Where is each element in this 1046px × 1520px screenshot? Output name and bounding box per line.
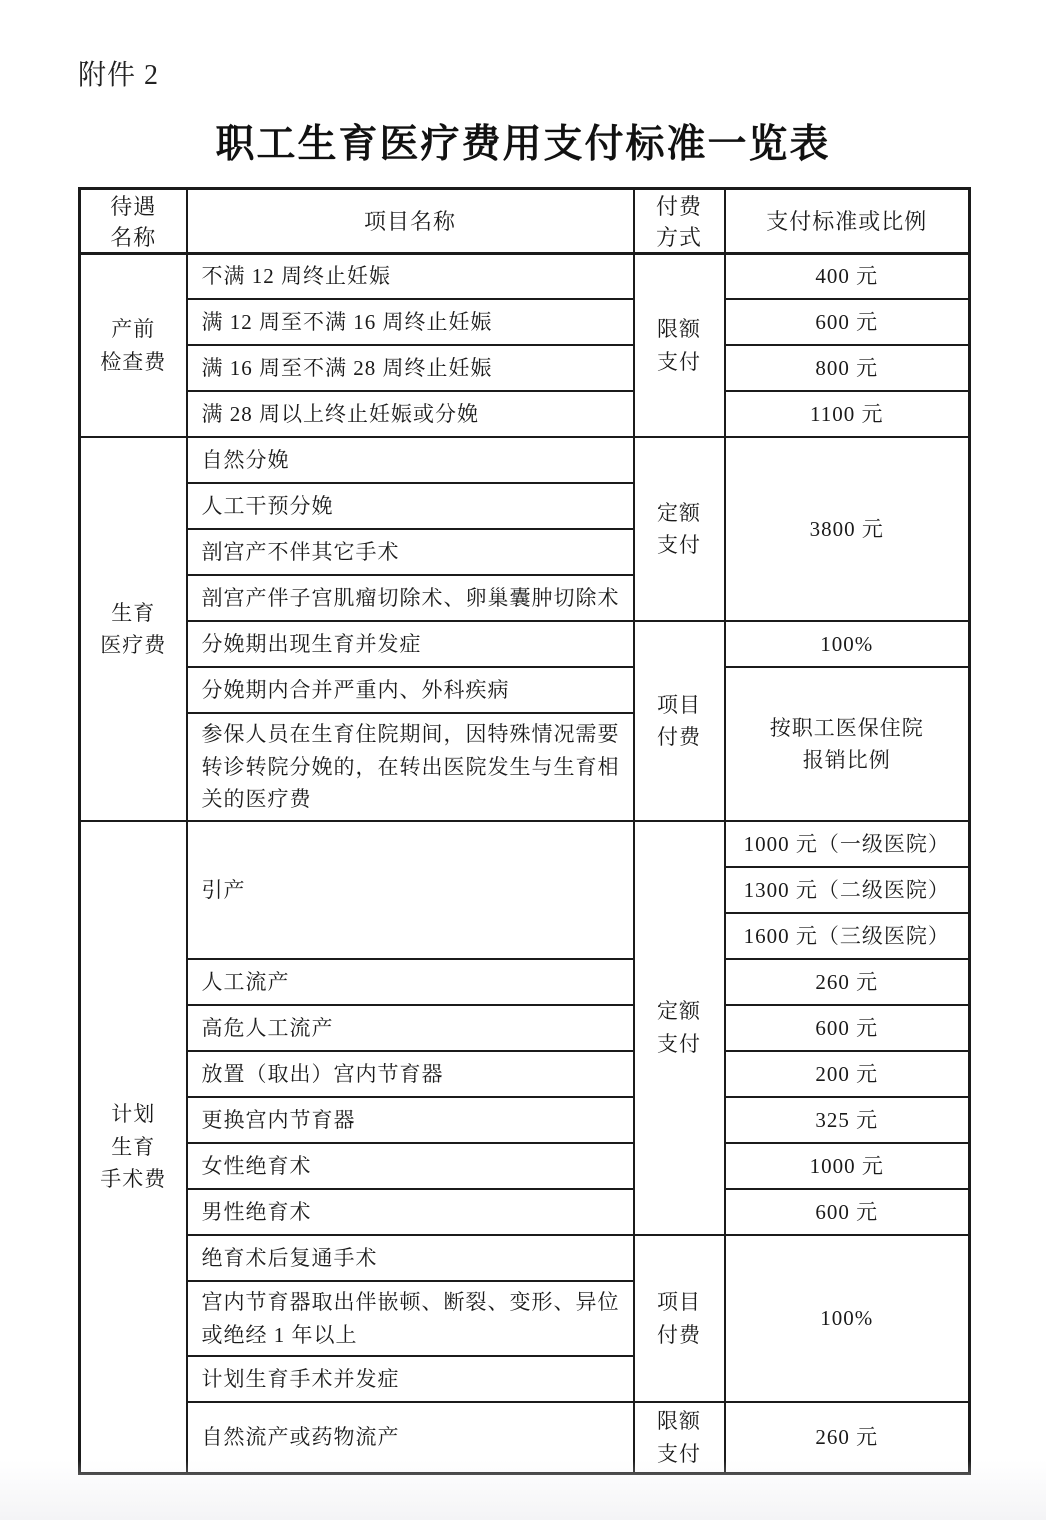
item-cell: 自然分娩: [187, 437, 634, 483]
item-cell: 计划生育手术并发症: [187, 1356, 634, 1402]
item-cell: 更换宫内节育器: [187, 1097, 634, 1143]
value-cell: 600 元: [725, 1005, 970, 1051]
value-cell: 3800 元: [725, 437, 970, 621]
table-row: 满 12 周至不满 16 周终止妊娠 600 元: [80, 299, 970, 345]
item-cell: 参保人员在生育住院期间，因特殊情况需要转诊转院分娩的，在转出医院发生与生育相关的…: [187, 713, 634, 821]
group-name-family-planning: 计划 生育 手术费: [80, 821, 187, 1474]
value-cell: 600 元: [725, 1189, 970, 1235]
value-cell: 1100 元: [725, 391, 970, 437]
value-cell: 600 元: [725, 299, 970, 345]
col-header-benefit: 待遇 名称: [80, 188, 187, 253]
item-cell: 剖宫产伴子宫肌瘤切除术、卵巢囊肿切除术: [187, 575, 634, 621]
item-cell: 满 28 周以上终止妊娠或分娩: [187, 391, 634, 437]
document-page: 附件 2 职工生育医疗费用支付标准一览表 待遇 名称 项目名称 付费 方式 支付…: [0, 0, 1046, 1520]
table-row: 男性绝育术 600 元: [80, 1189, 970, 1235]
table-row: 分娩期出现生育并发症 项目 付费 100%: [80, 621, 970, 667]
table-row: 满 28 周以上终止妊娠或分娩 1100 元: [80, 391, 970, 437]
item-cell: 绝育术后复通手术: [187, 1235, 634, 1281]
group-name-prenatal: 产前 检查费: [80, 253, 187, 437]
benefits-table: 待遇 名称 项目名称 付费 方式 支付标准或比例 产前 检查费 不满 12 周终…: [78, 187, 971, 1475]
table-row: 分娩期内合并严重内、外科疾病 按职工医保住院 报销比例: [80, 667, 970, 713]
table-row: 放置（取出）宫内节育器 200 元: [80, 1051, 970, 1097]
method-cell: 项目 付费: [634, 1235, 725, 1402]
item-cell: 人工流产: [187, 959, 634, 1005]
method-cell: 定额 支付: [634, 437, 725, 621]
item-cell: 分娩期出现生育并发症: [187, 621, 634, 667]
item-cell: 男性绝育术: [187, 1189, 634, 1235]
table-row: 计划 生育 手术费 引产 定额 支付 1000 元（一级医院）: [80, 821, 970, 867]
table-row: 更换宫内节育器 325 元: [80, 1097, 970, 1143]
item-cell: 分娩期内合并严重内、外科疾病: [187, 667, 634, 713]
value-cell: 1600 元（三级医院）: [725, 913, 970, 959]
col-header-item: 项目名称: [187, 188, 634, 253]
value-cell: 按职工医保住院 报销比例: [725, 667, 970, 821]
attachment-label: 附件 2: [78, 62, 968, 90]
col-header-standard: 支付标准或比例: [725, 188, 970, 253]
value-cell: 100%: [725, 1235, 970, 1402]
method-cell: 项目 付费: [634, 621, 725, 821]
page-title: 职工生育医疗费用支付标准一览表: [78, 123, 968, 168]
item-cell: 人工干预分娩: [187, 483, 634, 529]
table-row: 产前 检查费 不满 12 周终止妊娠 限额 支付 400 元: [80, 253, 970, 299]
group-name-maternity: 生育 医疗费: [80, 437, 187, 821]
method-cell: 限额 支付: [634, 1402, 725, 1474]
value-cell: 1000 元: [725, 1143, 970, 1189]
table-row: 满 16 周至不满 28 周终止妊娠 800 元: [80, 345, 970, 391]
value-cell: 100%: [725, 621, 970, 667]
item-cell: 剖宫产不伴其它手术: [187, 529, 634, 575]
value-cell: 200 元: [725, 1051, 970, 1097]
method-cell: 定额 支付: [634, 821, 725, 1235]
table-row: 高危人工流产 600 元: [80, 1005, 970, 1051]
value-cell: 325 元: [725, 1097, 970, 1143]
table-row: 生育 医疗费 自然分娩 定额 支付 3800 元: [80, 437, 970, 483]
item-cell: 高危人工流产: [187, 1005, 634, 1051]
item-cell: 满 16 周至不满 28 周终止妊娠: [187, 345, 634, 391]
value-cell: 800 元: [725, 345, 970, 391]
table-header-row: 待遇 名称 项目名称 付费 方式 支付标准或比例: [80, 188, 970, 253]
value-cell: 260 元: [725, 959, 970, 1005]
table-row: 人工流产 260 元: [80, 959, 970, 1005]
item-cell: 放置（取出）宫内节育器: [187, 1051, 634, 1097]
table-row: 绝育术后复通手术 项目 付费 100%: [80, 1235, 970, 1281]
table-row: 自然流产或药物流产 限额 支付 260 元: [80, 1402, 970, 1474]
item-cell: 满 12 周至不满 16 周终止妊娠: [187, 299, 634, 345]
item-cell: 不满 12 周终止妊娠: [187, 253, 634, 299]
item-cell: 引产: [187, 821, 634, 959]
value-cell: 1300 元（二级医院）: [725, 867, 970, 913]
method-cell: 限额 支付: [634, 253, 725, 437]
item-cell: 宫内节育器取出伴嵌顿、断裂、变形、异位或绝经 1 年以上: [187, 1281, 634, 1356]
item-cell: 女性绝育术: [187, 1143, 634, 1189]
value-cell: 400 元: [725, 253, 970, 299]
value-cell: 260 元: [725, 1402, 970, 1474]
table-row: 女性绝育术 1000 元: [80, 1143, 970, 1189]
value-cell: 1000 元（一级医院）: [725, 821, 970, 867]
col-header-method: 付费 方式: [634, 188, 725, 253]
item-cell: 自然流产或药物流产: [187, 1402, 634, 1474]
